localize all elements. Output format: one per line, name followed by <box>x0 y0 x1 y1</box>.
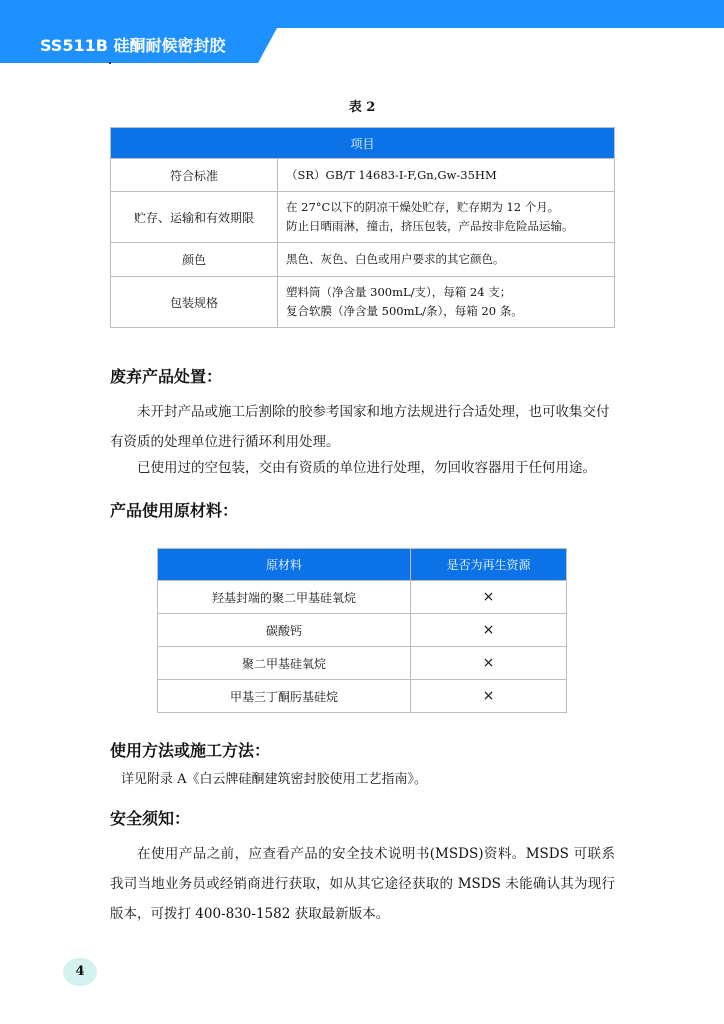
materials-heading: 产品使用原材料： <box>110 498 238 521</box>
material-name: 碳酸钙 <box>158 614 411 647</box>
spec-key: 符合标准 <box>111 159 278 192</box>
spec-line: 塑料筒（净含量 300mL/支），每箱 24 支； <box>286 283 614 302</box>
spec-table-header: 项目 <box>111 128 615 159</box>
cross-icon: × <box>411 647 567 680</box>
spec-line: 防止日晒雨淋，撞击，挤压包装，产品按非危险品运输。 <box>286 217 614 236</box>
spec-table: 项目 符合标准 （SR）GB/T 14683-I-F,Gn,Gw-35HM 贮存… <box>110 127 615 328</box>
disposal-heading: 废弃产品处置： <box>110 364 222 387</box>
spec-value: （SR）GB/T 14683-I-F,Gn,Gw-35HM <box>278 159 615 192</box>
safety-text: 在使用产品之前，应查看产品的安全技术说明书(MSDS)资料。MSDS 可联系我司… <box>110 839 615 929</box>
spec-value: 黑色、灰色、白色或用户要求的其它颜色。 <box>278 243 615 277</box>
spec-value: 在 27°C以下的阴凉干燥处贮存，贮存期为 12 个月。 防止日晒雨淋，撞击，挤… <box>278 192 615 243</box>
page-number: 4 <box>63 958 97 986</box>
table-row: 碳酸钙 × <box>158 614 567 647</box>
spec-line: 在 27°C以下的阴凉干燥处贮存，贮存期为 12 个月。 <box>286 198 614 217</box>
disposal-paragraph: 未开封产品或施工后割除的胶参考国家和地方法规进行合适处理，也可收集交付有资质的处… <box>110 397 615 457</box>
table-row: 聚二甲基硅氧烷 × <box>158 647 567 680</box>
table-row: 包装规格 塑料筒（净含量 300mL/支），每箱 24 支； 复合软膜（净含量 … <box>111 277 615 328</box>
cross-icon: × <box>411 581 567 614</box>
materials-table: 原材料 是否为再生资源 羟基封端的聚二甲基硅氧烷 × 碳酸钙 × 聚二甲基硅氧烷… <box>157 548 567 713</box>
materials-col-header: 原材料 <box>158 549 411 581</box>
material-name: 聚二甲基硅氧烷 <box>158 647 411 680</box>
table-row: 贮存、运输和有效期限 在 27°C以下的阴凉干燥处贮存，贮存期为 12 个月。 … <box>111 192 615 243</box>
table-row: 羟基封端的聚二甲基硅氧烷 × <box>158 581 567 614</box>
table-caption: 表 2 <box>0 96 724 115</box>
spec-line: 黑色、灰色、白色或用户要求的其它颜色。 <box>286 250 614 269</box>
table-row: 符合标准 （SR）GB/T 14683-I-F,Gn,Gw-35HM <box>111 159 615 192</box>
spec-key: 贮存、运输和有效期限 <box>111 192 278 243</box>
document-title: SS511B 硅酮耐候密封胶 <box>40 33 226 56</box>
header-dot <box>109 62 111 64</box>
cross-icon: × <box>411 680 567 713</box>
spec-key: 包装规格 <box>111 277 278 328</box>
cross-icon: × <box>411 614 567 647</box>
table-row: 甲基三丁酮肟基硅烷 × <box>158 680 567 713</box>
material-name: 羟基封端的聚二甲基硅氧烷 <box>158 581 411 614</box>
usage-heading: 使用方法或施工方法： <box>110 738 270 761</box>
usage-text: 详见附录 A《白云牌硅酮建筑密封胶使用工艺指南》。 <box>110 765 615 795</box>
spec-key: 颜色 <box>111 243 278 277</box>
materials-col-header: 是否为再生资源 <box>411 549 567 581</box>
table-row: 颜色 黑色、灰色、白色或用户要求的其它颜色。 <box>111 243 615 277</box>
disposal-paragraph: 已使用过的空包装，交由有资质的单位进行处理，勿回收容器用于任何用途。 <box>110 453 615 483</box>
spec-value: 塑料筒（净含量 300mL/支），每箱 24 支； 复合软膜（净含量 500mL… <box>278 277 615 328</box>
safety-heading: 安全须知： <box>110 806 190 829</box>
material-name: 甲基三丁酮肟基硅烷 <box>158 680 411 713</box>
spec-line: （SR）GB/T 14683-I-F,Gn,Gw-35HM <box>286 166 614 185</box>
spec-line: 复合软膜（净含量 500mL/条），每箱 20 条。 <box>286 302 614 321</box>
